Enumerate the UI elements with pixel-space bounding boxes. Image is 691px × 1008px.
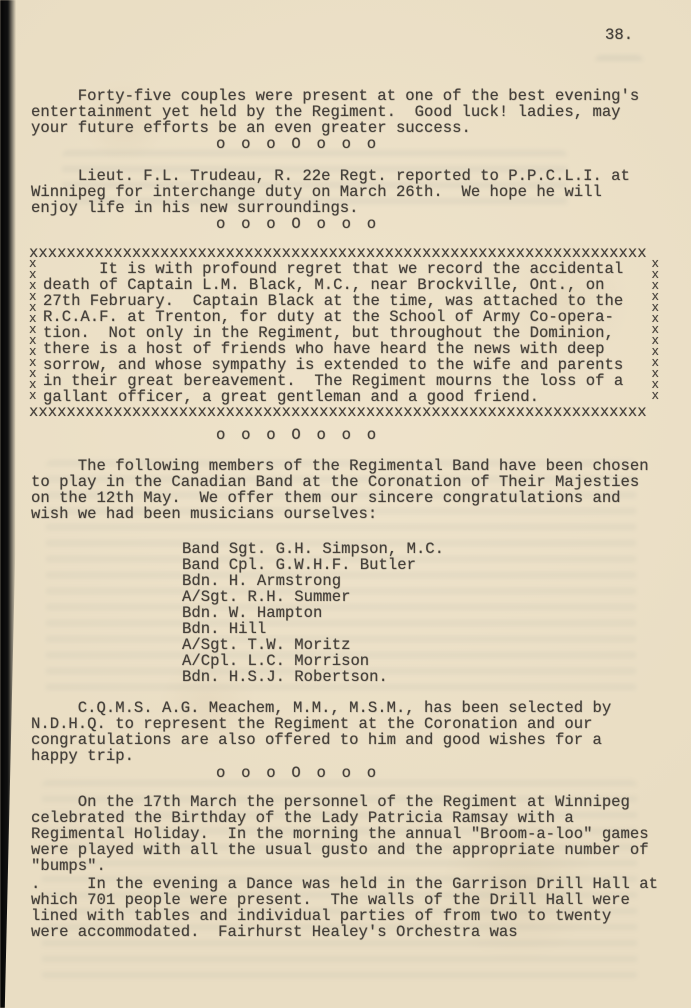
memorial-text: It is with profound regret that we recor… <box>43 261 663 405</box>
memorial-box-left-border: x x x x x x x x x x x x x <box>29 259 37 402</box>
paragraph-holiday: On the 17th March the personnel of the R… <box>31 794 649 874</box>
band-members-list: Band Sgt. G.H. Simpson, M.C. Band Cpl. G… <box>182 541 444 685</box>
paragraph-meachem: C.Q.M.S. A.G. Meachem, M.M., M.S.M., has… <box>31 700 611 764</box>
page-number: 38. <box>605 27 633 43</box>
memorial-box-right-border: x x x x x x x x x x x x x <box>651 259 659 402</box>
memorial-box-bottom-border: xxxxxxxxxxxxxxxxxxxxxxxxxxxxxxxxxxxxxxxx… <box>29 405 663 420</box>
bleed-through-smudge <box>595 55 643 69</box>
section-separator: o o o O o o o <box>216 427 379 443</box>
paragraph-couples: Forty-five couples were present at one o… <box>31 88 639 136</box>
scanner-edge-shadow <box>0 0 16 1008</box>
section-separator: o o o O o o o <box>216 216 379 232</box>
document-page: 38. Forty-five couples were present at o… <box>0 0 691 1008</box>
memorial-box-top-border: xxxxxxxxxxxxxxxxxxxxxxxxxxxxxxxxxxxxxxxx… <box>29 246 663 261</box>
paragraph-dance: . In the evening a Dance was held in the… <box>31 876 658 940</box>
memorial-box: xxxxxxxxxxxxxxxxxxxxxxxxxxxxxxxxxxxxxxxx… <box>29 246 663 420</box>
paragraph-trudeau: Lieut. F.L. Trudeau, R. 22e Regt. report… <box>31 168 630 216</box>
paragraph-band-intro: The following members of the Regimental … <box>31 458 649 522</box>
section-separator: o o o O o o o <box>216 765 379 781</box>
section-separator: o o o O o o o <box>216 136 379 152</box>
